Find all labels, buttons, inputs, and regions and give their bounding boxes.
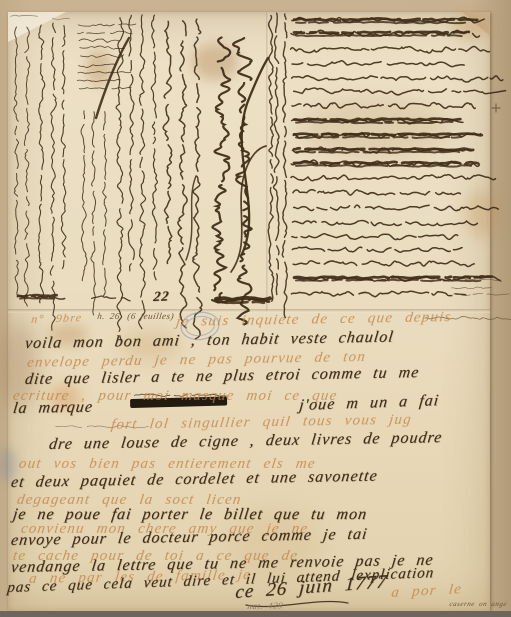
right-text-block-strikethrough bbox=[296, 35, 462, 37]
right-text-block-line bbox=[291, 46, 490, 53]
right-text-block-line bbox=[292, 103, 475, 109]
middle-column-line bbox=[139, 15, 146, 329]
note-22: 22 bbox=[153, 290, 171, 305]
right-text-block-line bbox=[292, 234, 464, 240]
left-column-2-line bbox=[81, 111, 87, 281]
note-caserne: caserne on ange bbox=[449, 601, 507, 608]
right-text-block-strikethrough bbox=[294, 18, 477, 20]
right-text-block-line bbox=[291, 175, 500, 181]
line-d3a: la marque bbox=[12, 400, 94, 417]
label-dess-line bbox=[52, 18, 69, 20]
left-column-2-line bbox=[91, 112, 96, 315]
middle-column-line bbox=[128, 15, 134, 275]
middle-column-2-line bbox=[163, 21, 172, 263]
note-right-margin-line bbox=[452, 287, 495, 289]
right-text-block-line bbox=[293, 190, 463, 195]
note-nat429: nat. 429 bbox=[247, 601, 284, 611]
right-text-block-strikethrough bbox=[294, 119, 460, 121]
right-text-block-line bbox=[293, 261, 474, 267]
note-hal26: h. 26. (6 feuilles) bbox=[97, 312, 175, 321]
right-text-block-line bbox=[292, 61, 464, 67]
note-no9bre: n° 9bre bbox=[31, 311, 83, 325]
right-text-block-strikethrough bbox=[294, 32, 469, 34]
left-column-2-line bbox=[103, 112, 107, 296]
plus-mark bbox=[492, 104, 500, 112]
letter-scan: n° 9breh. 26. (6 feuilles)je suis inquie… bbox=[0, 0, 511, 617]
word-haig-line bbox=[92, 296, 130, 301]
scribbled-word-strikethrough bbox=[218, 302, 264, 303]
margin-column-line bbox=[14, 27, 19, 294]
right-text-block-strikethrough bbox=[296, 22, 471, 23]
right-text-block-line bbox=[291, 291, 465, 297]
tiny-note-block-line bbox=[78, 72, 131, 74]
corner-note-line bbox=[11, 15, 38, 16]
tiny-note-block-line bbox=[79, 39, 120, 42]
tiny-note-block-line bbox=[80, 54, 123, 57]
scan-edge-shadow bbox=[0, 611, 511, 617]
right-text-block-strikethrough bbox=[296, 122, 453, 123]
right-text-block-line bbox=[292, 247, 462, 252]
middle-column-line bbox=[151, 15, 157, 280]
crossed-word-left-strikethrough bbox=[20, 298, 59, 299]
right-text-block-strikethrough bbox=[296, 136, 468, 138]
left-column-line bbox=[61, 26, 66, 269]
margin-column-line bbox=[24, 27, 30, 310]
right-text-block-line bbox=[292, 76, 503, 82]
tiny-note-block-line bbox=[78, 31, 132, 34]
right-text-block-strikethrough bbox=[294, 148, 473, 150]
middle-column-line bbox=[116, 18, 123, 345]
right-text-block-strikethrough bbox=[296, 151, 464, 153]
border-strip-line bbox=[274, 13, 280, 294]
left-column-line bbox=[39, 25, 45, 303]
crossed-word-left-strikethrough bbox=[18, 295, 57, 297]
tiny-note-block-line bbox=[77, 79, 120, 81]
scribbled-word-strikethrough bbox=[216, 298, 275, 300]
large-script-column-line bbox=[212, 38, 230, 301]
right-text-block-line bbox=[293, 221, 484, 226]
border-strip-line bbox=[282, 14, 287, 323]
right-text-block-line bbox=[294, 205, 499, 211]
tiny-note-block-line bbox=[78, 24, 135, 26]
right-text-block-strikethrough bbox=[294, 133, 488, 135]
diagonal-slash bbox=[96, 38, 129, 118]
right-text-block-strikethrough bbox=[294, 162, 478, 164]
right-text-block-line bbox=[294, 88, 506, 95]
right-text-block-strikethrough bbox=[296, 165, 471, 167]
middle-column-2-line bbox=[178, 21, 187, 328]
left-column-line bbox=[50, 23, 56, 330]
